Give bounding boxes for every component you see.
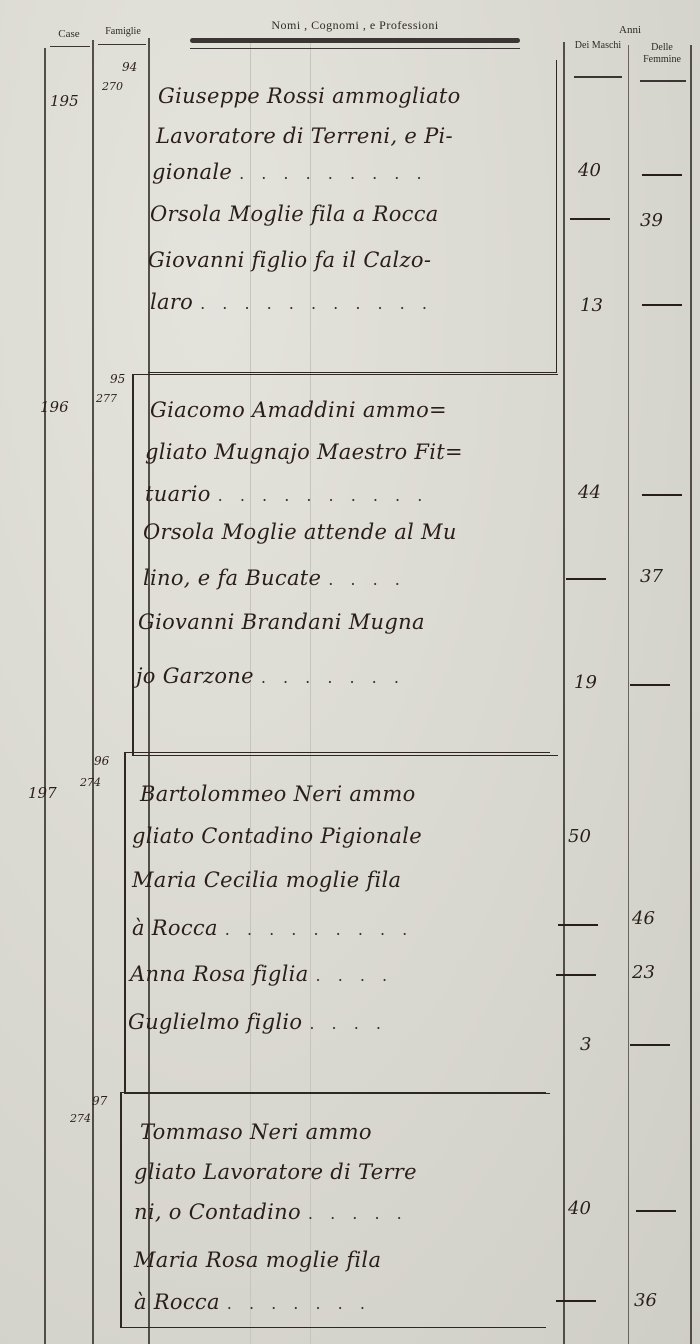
rule-left	[44, 48, 46, 1344]
header-rule	[190, 38, 520, 43]
header-nomi: Nomi , Cognomi , e Professioni	[190, 18, 520, 33]
entry-line: Giovanni Brandani Mugna	[138, 610, 425, 634]
age-femmine: 23	[632, 962, 655, 983]
famiglia-number: 94	[122, 60, 137, 74]
famiglia-old-number: 277	[96, 392, 117, 405]
age-dash	[570, 218, 610, 220]
age-dash	[636, 1210, 676, 1212]
header-maschi: Dei Maschi	[570, 40, 626, 52]
age-dash	[558, 924, 598, 926]
entry-line: à Rocca . . . . . . . . .	[132, 916, 413, 940]
age-maschi: 19	[574, 672, 597, 693]
age-maschi: 40	[578, 160, 601, 181]
casa-number: 195	[50, 92, 79, 110]
famiglia-old-number: 274	[80, 776, 101, 789]
famiglia-number: 96	[94, 754, 109, 768]
entry-line: Maria Rosa moglie fila	[134, 1248, 381, 1272]
entry-line: Giovanni figlio fa il Calzo-	[148, 248, 431, 272]
entry-line: Orsola Moglie fila a Rocca	[150, 202, 439, 226]
entry-line: gionale . . . . . . . . .	[152, 160, 428, 184]
age-dash	[566, 578, 606, 580]
famiglia-number: 97	[92, 1094, 107, 1108]
entry-line: jo Garzone . . . . . . .	[136, 664, 405, 688]
header-rule	[190, 48, 520, 49]
entry-line: Guglielmo figlio . . . .	[128, 1010, 387, 1034]
age-maschi: 50	[568, 826, 591, 847]
age-maschi: 40	[568, 1198, 591, 1219]
entry-line: Maria Cecilia moglie fila	[132, 868, 401, 892]
entry-line: Bartolommeo Neri ammo	[140, 782, 416, 806]
entry-line: Tommaso Neri ammo	[140, 1120, 372, 1144]
age-dash	[642, 494, 682, 496]
famiglia-old-number: 270	[102, 80, 123, 93]
age-femmine: 46	[632, 908, 655, 929]
rule-case-fam	[92, 40, 94, 1344]
age-maschi: 44	[578, 482, 601, 503]
famiglia-old-number: 274	[70, 1112, 91, 1125]
entry-line: gliato Contadino Pigionale	[132, 824, 422, 848]
entry-line: tuario . . . . . . . . . .	[145, 482, 428, 506]
age-maschi: 13	[580, 295, 603, 316]
entry-box	[132, 374, 558, 756]
entry-line: lino, e fa Bucate . . . .	[143, 566, 406, 590]
age-maschi: 3	[580, 1034, 591, 1055]
famiglia-number: 95	[110, 372, 125, 386]
header-rule	[574, 76, 622, 78]
entry-line: Lavoratore di Terreni, e Pi-	[156, 124, 453, 148]
header-rule	[98, 44, 146, 45]
entry-line: à Rocca . . . . . . .	[134, 1290, 371, 1314]
entry-line: gliato Lavoratore di Terre	[134, 1160, 417, 1184]
casa-number: 196	[40, 398, 69, 416]
age-femmine: 37	[640, 566, 663, 587]
entry-line: Orsola Moglie attende al Mu	[143, 520, 457, 544]
header-femmine: Delle Femmine	[632, 42, 692, 66]
age-femmine: 39	[640, 210, 663, 231]
entry-line: gliato Mugnajo Maestro Fit=	[145, 440, 463, 464]
rule-maschi-femm	[628, 45, 629, 1344]
age-dash	[630, 684, 670, 686]
header-rule	[50, 46, 90, 47]
entry-line: Giuseppe Rossi ammogliato	[158, 84, 461, 108]
age-femmine: 36	[634, 1290, 657, 1311]
age-dash	[556, 974, 596, 976]
entry-line: laro . . . . . . . . . . .	[150, 290, 433, 314]
age-dash	[642, 174, 682, 176]
header-famiglie: Famiglie	[96, 26, 150, 37]
header-case: Case	[48, 28, 90, 40]
entry-line: Anna Rosa figlia . . . .	[130, 962, 393, 986]
rule-nomi-maschi	[563, 42, 565, 1344]
age-dash	[642, 304, 682, 306]
entry-line: Giacomo Amaddini ammo=	[150, 398, 447, 422]
rule-right	[690, 45, 692, 1344]
header-rule	[640, 80, 686, 82]
entry-line: ni, o Contadino . . . . .	[134, 1200, 408, 1224]
age-dash	[630, 1044, 670, 1046]
age-dash	[556, 1300, 596, 1302]
header-anni: Anni	[600, 24, 660, 36]
casa-number: 197	[28, 784, 57, 802]
